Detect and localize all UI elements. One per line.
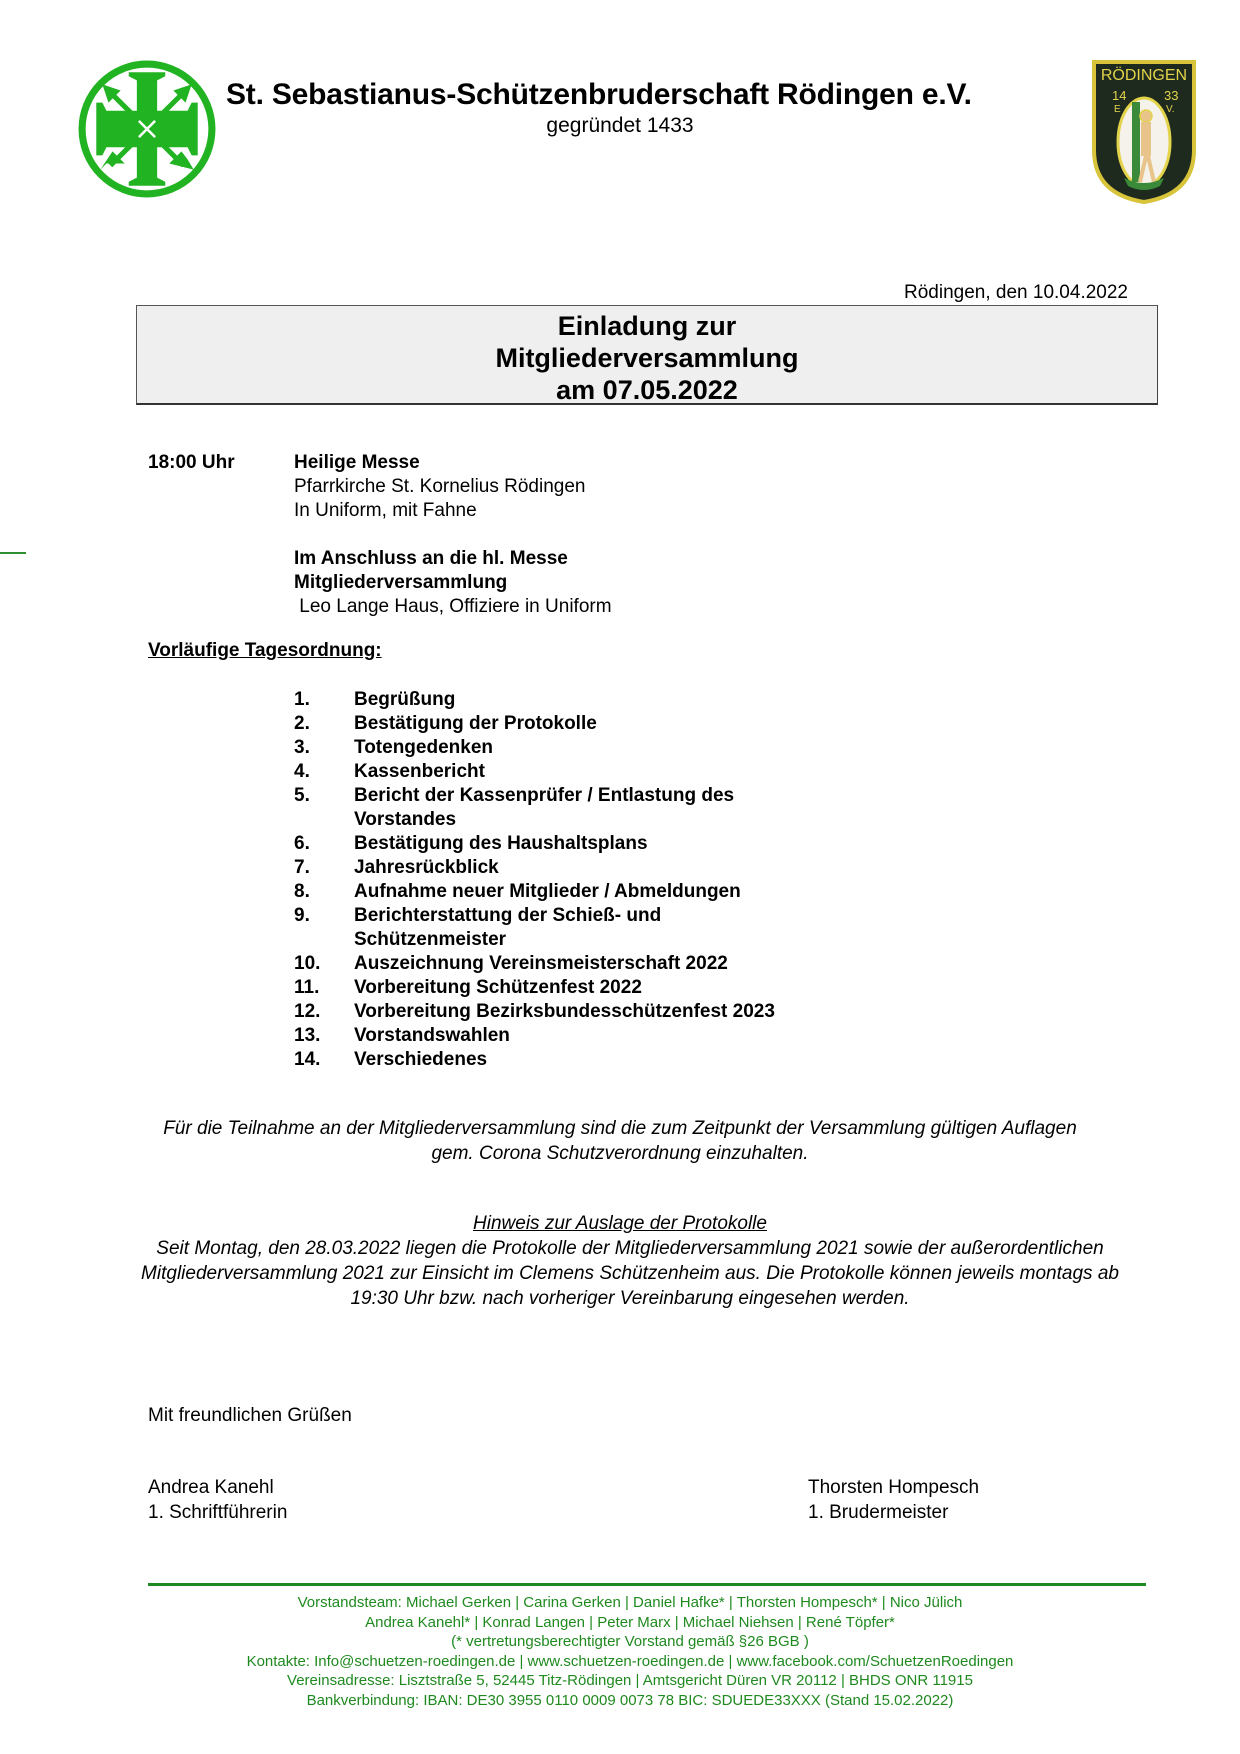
event-mass-location: Pfarrkirche St. Kornelius Rödingen [294,475,612,499]
footer-contacts: Kontakte: Info@schuetzen-roedingen.de | … [140,1652,1120,1672]
agenda-item: 6.Bestätigung des Haushaltsplans [294,832,914,856]
signatory-name: Thorsten Hompesch [808,1475,979,1500]
title-line-3: am 07.05.2022 [137,374,1157,406]
founded-line: gegründet 1433 [500,114,740,138]
agenda-item: 4.Kassenbericht [294,760,914,784]
svg-text:V.: V. [1166,104,1175,115]
agenda-item: 3.Totengedenken [294,736,914,760]
signatory-role: 1. Schriftführerin [148,1500,287,1525]
agenda-item: 2.Bestätigung der Protokolle [294,712,914,736]
title-line-1: Einladung zur [137,310,1157,342]
footer-address: Vereinsadresse: Lisztstraße 5, 52445 Tit… [140,1671,1120,1691]
agenda-item: 14.Verschiedenes [294,1048,914,1072]
signature-secretary: Andrea Kanehl 1. Schriftführerin [148,1475,287,1525]
agenda-item: 13.Vorstandswahlen [294,1024,914,1048]
event-meeting-timing: Im Anschluss an die hl. Messe [294,547,612,571]
schedule-details: Heilige Messe Pfarrkirche St. Kornelius … [294,451,612,619]
svg-text:E: E [1114,104,1121,115]
signatory-role: 1. Brudermeister [808,1500,979,1525]
signature-brudermeister: Thorsten Hompesch 1. Brudermeister [808,1475,979,1525]
corona-notice: Für die Teilnahme an der Mitgliederversa… [150,1116,1090,1166]
letter-date: Rödingen, den 10.04.2022 [904,282,1128,304]
agenda-item: 9.Berichterstattung der Schieß- und Schü… [294,904,914,952]
footer-bank: Bankverbindung: IBAN: DE30 3955 0110 000… [140,1691,1120,1711]
agenda-item: 8.Aufnahme neuer Mitglieder / Abmeldunge… [294,880,914,904]
event-mass-dress: In Uniform, mit Fahne [294,499,612,523]
event-mass-title: Heilige Messe [294,451,612,475]
closing-greeting: Mit freundlichen Grüßen [148,1405,352,1427]
cross-arrows-emblem-icon [76,58,218,200]
footer: Vorstandsteam: Michael Gerken | Carina G… [140,1593,1120,1710]
protocol-notice-heading: Hinweis zur Auslage der Protokolle [150,1211,1090,1236]
event-meeting-title: Mitgliederversammlung [294,571,612,595]
agenda-item: 11.Vorbereitung Schützenfest 2022 [294,976,914,1000]
signatory-name: Andrea Kanehl [148,1475,287,1500]
agenda-item: 10.Auszeichnung Vereinsmeisterschaft 202… [294,952,914,976]
svg-text:RÖDINGEN: RÖDINGEN [1101,66,1187,84]
agenda-heading: Vorläufige Tagesordnung: [148,640,382,662]
event-meeting-detail: Leo Lange Haus, Offiziere in Uniform [294,595,612,619]
title-line-2: Mitgliederversammlung [137,342,1157,374]
footer-board-line-1: Vorstandsteam: Michael Gerken | Carina G… [140,1593,1120,1613]
agenda-item: 12.Vorbereitung Bezirksbundesschützenfes… [294,1000,914,1024]
footer-board-note: (* vertretungsberechtigter Vorstand gemä… [140,1632,1120,1652]
schedule-time: 18:00 Uhr [148,451,235,475]
fold-mark [0,552,26,554]
agenda-list: 1.Begrüßung 2.Bestätigung der Protokolle… [294,688,914,1072]
footer-board-line-2: Andrea Kanehl* | Konrad Langen | Peter M… [140,1613,1120,1633]
footer-divider [148,1583,1146,1586]
protocol-notice-text: Seit Montag, den 28.03.2022 liegen die P… [140,1236,1120,1311]
svg-text:14: 14 [1112,88,1126,103]
agenda-item: 5.Bericht der Kassenprüfer / Entlastung … [294,784,914,832]
saint-sebastian-crest-icon: RÖDINGEN 14 33 E V. [1090,58,1198,206]
agenda-item: 7.Jahresrückblick [294,856,914,880]
organization-name: St. Sebastianus-Schützenbruderschaft Röd… [226,78,972,112]
svg-text:33: 33 [1164,88,1178,103]
title-box: Einladung zur Mitgliederversammlung am 0… [136,305,1158,405]
agenda-item: 1.Begrüßung [294,688,914,712]
